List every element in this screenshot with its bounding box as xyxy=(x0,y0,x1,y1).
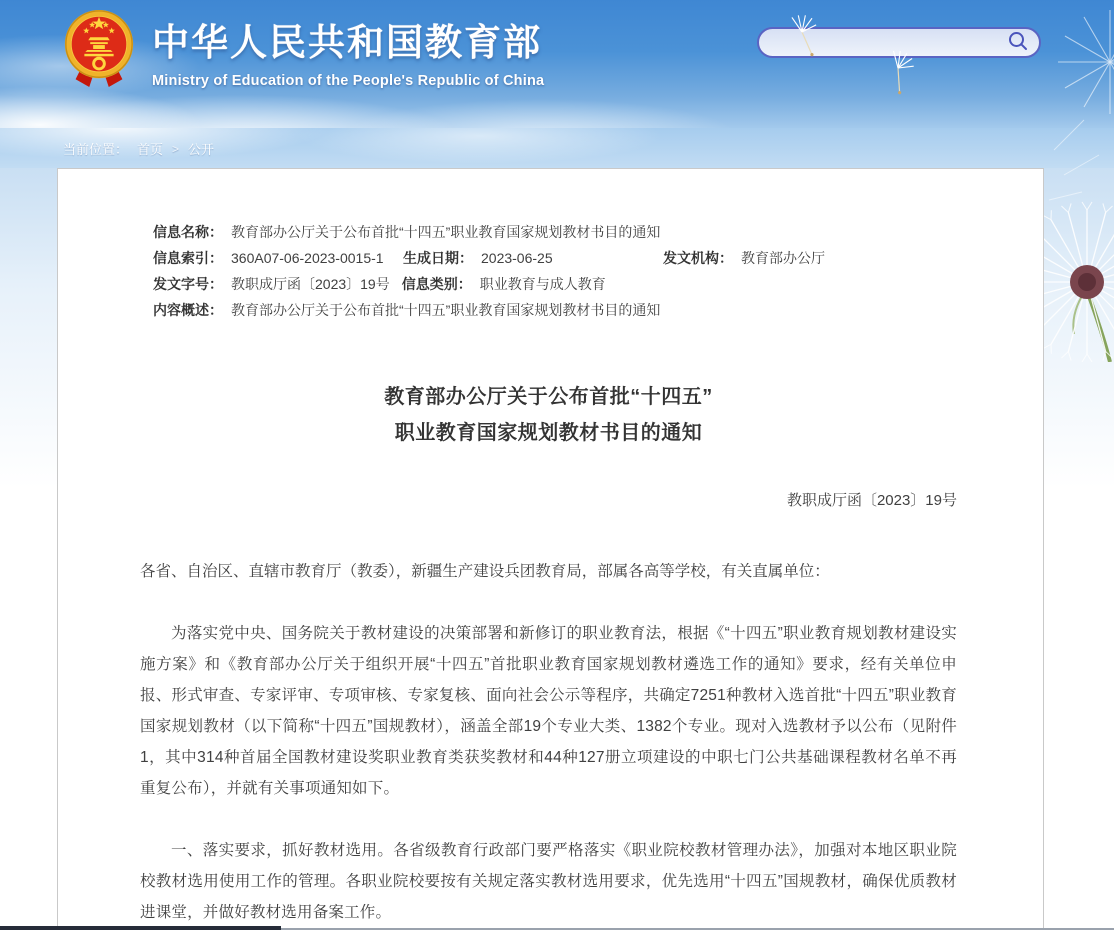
meta-category-label: 信息类别： xyxy=(402,271,472,297)
site-brand: 中华人民共和国教育部 Ministry of Education of the … xyxy=(60,6,544,90)
document-title: 教育部办公厅关于公布首批“十四五” 职业教育国家规划教材书目的通知 xyxy=(140,379,957,451)
document-paragraph-2: 一、落实要求，抓好教材选用。各省级教育行政部门要严格落实《职业院校教材管理办法》… xyxy=(140,835,957,928)
document-title-line1: 教育部办公厅关于公布首批“十四五” xyxy=(140,379,957,415)
breadcrumb-item-public[interactable]: 公开 xyxy=(188,139,214,158)
meta-name-label: 信息名称： xyxy=(153,219,223,245)
meta-category-value: 职业教育与成人教育 xyxy=(480,271,606,297)
meta-date-value: 2023-06-25 xyxy=(481,245,567,271)
meta-row-docno-category: 发文字号： 教职成厅函〔2023〕19号 信息类别： 职业教育与成人教育 xyxy=(153,271,957,297)
document-number: 教职成厅函〔2023〕19号 xyxy=(140,489,957,510)
meta-date-label: 生成日期： xyxy=(403,245,473,271)
meta-agency-value: 教育部办公厅 xyxy=(741,245,825,271)
magnifier-icon xyxy=(1007,30,1029,52)
brand-text: 中华人民共和国教育部 Ministry of Education of the … xyxy=(152,6,544,89)
site-title: 中华人民共和国教育部 xyxy=(152,12,544,66)
site-subtitle: Ministry of Education of the People's Re… xyxy=(152,73,544,89)
meta-name-value: 教育部办公厅关于公布首批“十四五”职业教育国家规划教材书目的通知 xyxy=(231,219,660,245)
meta-docno-label: 发文字号： xyxy=(153,271,223,297)
meta-row-index-date-agency: 信息索引： 360A07-06-2023-0015-1 生成日期： 2023-0… xyxy=(153,245,957,271)
breadcrumb-item-home[interactable]: 首页 xyxy=(137,139,163,158)
document-paragraph-1: 为落实党中央、国务院关于教材建设的决策部署和新修订的职业教育法，根据《“十四五”… xyxy=(140,618,957,804)
meta-summary-value: 教育部办公厅关于公布首批“十四五”职业教育国家规划教材书目的通知 xyxy=(231,297,660,323)
chevron-right-icon: > xyxy=(172,142,179,156)
breadcrumb: 当前位置： 首页 > 公开 xyxy=(63,139,214,158)
search-input[interactable] xyxy=(759,29,1005,56)
metadata-section: 信息名称： 教育部办公厅关于公布首批“十四五”职业教育国家规划教材书目的通知 信… xyxy=(153,219,957,323)
meta-row-summary: 内容概述： 教育部办公厅关于公布首批“十四五”职业教育国家规划教材书目的通知 xyxy=(153,297,957,323)
national-emblem-icon xyxy=(60,6,138,90)
meta-summary-label: 内容概述： xyxy=(153,297,223,323)
meta-agency-label: 发文机构： xyxy=(663,245,733,271)
meta-index-label: 信息索引： xyxy=(153,245,223,271)
document-salutation: 各省、自治区、直辖市教育厅（教委），新疆生产建设兵团教育局，部属各高等学校，有关… xyxy=(140,556,957,587)
bottom-edge-dark-strip xyxy=(0,926,281,930)
search-button[interactable] xyxy=(1005,29,1039,56)
breadcrumb-label: 当前位置： xyxy=(63,139,128,158)
meta-index-value: 360A07-06-2023-0015-1 xyxy=(231,245,391,271)
document-body: 教育部办公厅关于公布首批“十四五” 职业教育国家规划教材书目的通知 教职成厅函〔… xyxy=(140,379,957,928)
site-header: 中华人民共和国教育部 Ministry of Education of the … xyxy=(0,0,1114,128)
meta-docno-value: 教职成厅函〔2023〕19号 xyxy=(231,271,390,297)
search-box xyxy=(757,27,1041,58)
document-title-line2: 职业教育国家规划教材书目的通知 xyxy=(140,415,957,451)
meta-row-name: 信息名称： 教育部办公厅关于公布首批“十四五”职业教育国家规划教材书目的通知 xyxy=(153,219,957,245)
content-card: 信息名称： 教育部办公厅关于公布首批“十四五”职业教育国家规划教材书目的通知 信… xyxy=(57,168,1044,930)
